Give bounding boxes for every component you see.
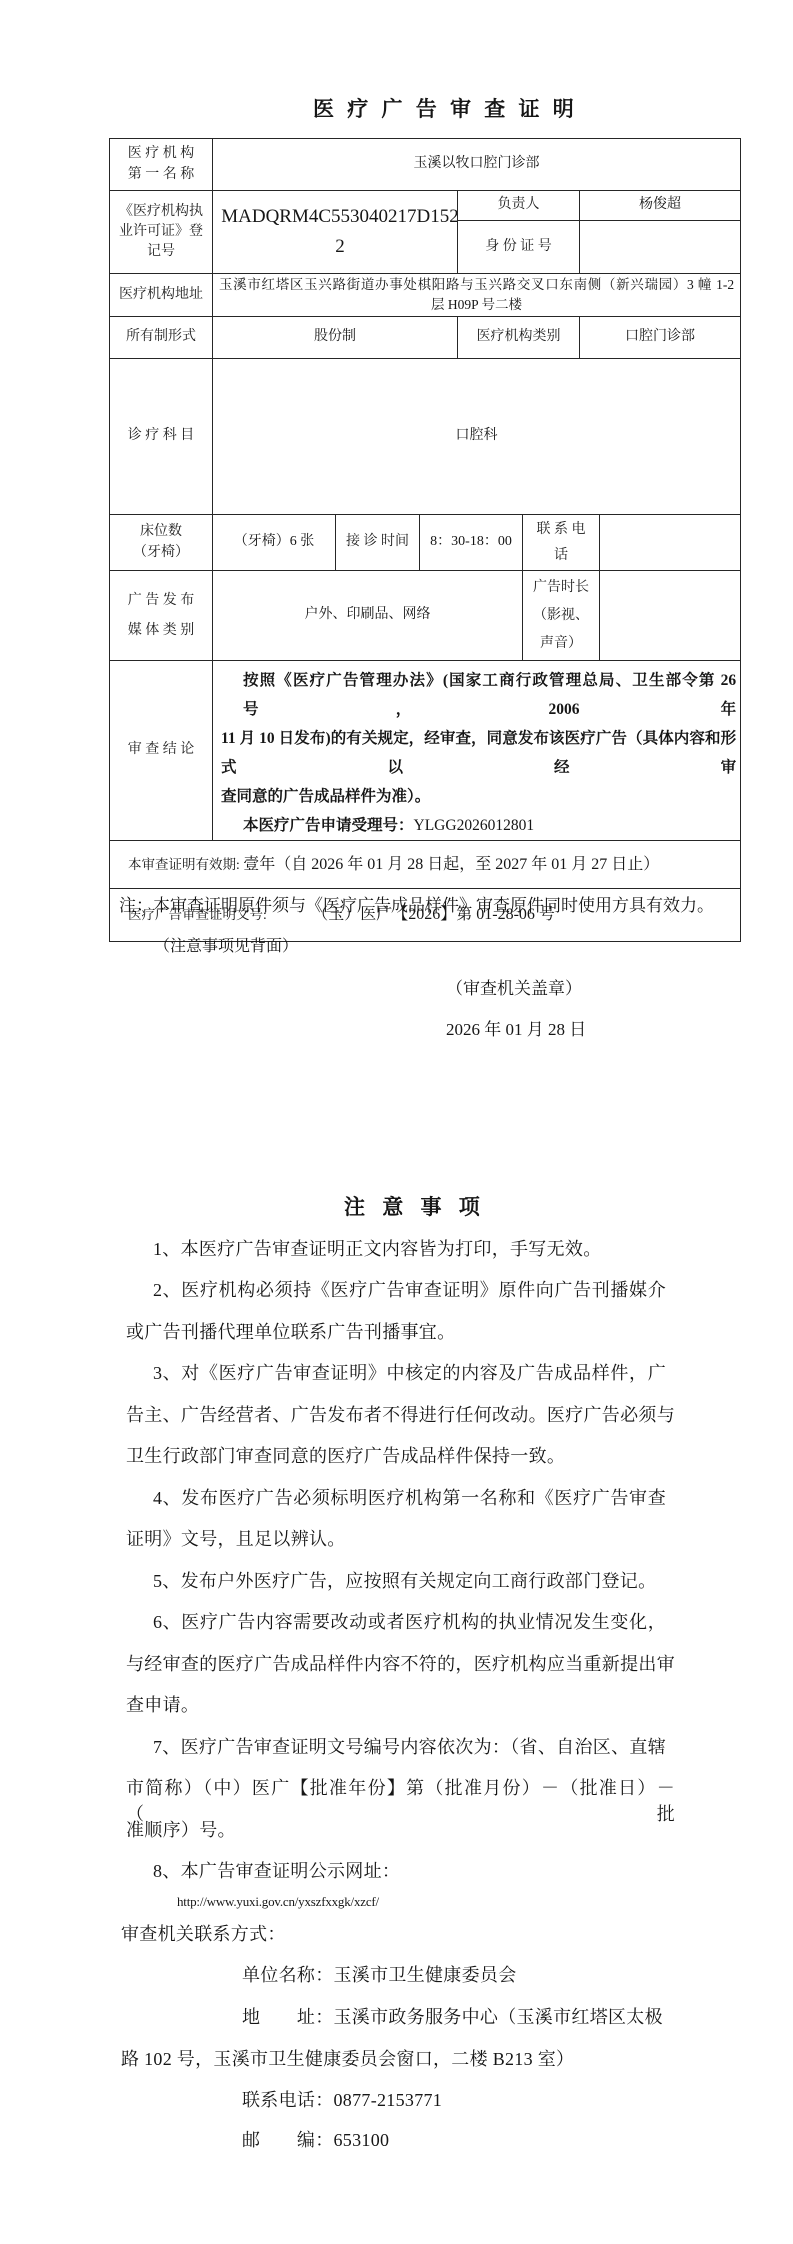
- label-line: （影视、: [525, 602, 597, 630]
- notice-item-3-cont: 告主、广告经营者、广告发布者不得进行任何改动。医疗广告必须与: [126, 1401, 675, 1427]
- label-line: 联 系 电: [525, 517, 597, 543]
- row-address: 医疗机构地址 玉溪市红塔区玉兴路街道办事处棋阳路与玉兴路交叉口东南侧（新兴瑞园）…: [110, 274, 741, 317]
- contact-phone-label: 联系电话：: [242, 2090, 334, 2110]
- hours-value: 8：30-18：00: [420, 515, 523, 571]
- notice-item-7-cont: 准顺序）号。: [126, 1816, 236, 1842]
- validity-label: 本审查证明有效期:: [128, 857, 240, 872]
- ownership-value: 股份制: [213, 317, 458, 359]
- contact-postcode: 邮 编：653100: [242, 2126, 389, 2152]
- label-line: 业许可证》登: [116, 222, 206, 242]
- institution-name-value: 玉溪以牧口腔门诊部: [213, 139, 741, 191]
- acceptance-number: YLGG2026012801: [414, 817, 535, 834]
- notice-item-7: 7、医疗广告审查证明文号编号内容依次为：（省、自治区、直辖: [153, 1733, 666, 1759]
- license-value-cell: MADQRM4C553040217D1522: [213, 191, 458, 274]
- label-line: 医 疗 机 构: [116, 144, 206, 164]
- address-line: 玉溪市红塔区玉兴路街道办事处棋阳路与玉兴路交叉口东南侧（新兴瑞园）3 幢 1-2: [219, 275, 734, 295]
- departments-label: 诊 疗 科 目: [110, 359, 213, 515]
- contact-address: 地 址：玉溪市政务服务中心（玉溪市红塔区太极: [242, 2003, 663, 2029]
- acceptance-line: 本医疗广告申请受理号：YLGG2026012801: [221, 811, 736, 840]
- departments-value: 口腔科: [213, 359, 741, 515]
- row-institution-name: 医 疗 机 构 第 一 名 称 玉溪以牧口腔门诊部: [110, 139, 741, 191]
- contact-heading: 审查机关联系方式：: [121, 1920, 286, 1946]
- label-line: 广 告 发 布: [116, 586, 206, 616]
- institution-name-label: 医 疗 机 构 第 一 名 称: [110, 139, 213, 191]
- duration-value: [600, 571, 741, 661]
- conclusion-line: 按照《医疗广告管理办法》(国家工商行政管理总局、卫生部令第 26 号，2006 …: [221, 666, 736, 724]
- validity-cell: 本审查证明有效期: 壹年（自 2026 年 01 月 28 日起，至 2027 …: [110, 841, 741, 889]
- id-number-label: 身 份 证 号: [458, 221, 580, 274]
- notice-item-4-cont: 证明》文号，且足以辨认。: [126, 1525, 346, 1551]
- contact-phone-value: 0877-2153771: [334, 2090, 443, 2110]
- validity-value: 壹年（自 2026 年 01 月 28 日起，至 2027 年 01 月 27 …: [243, 856, 659, 873]
- acceptance-label: 本医疗广告申请受理号：: [243, 817, 414, 834]
- notice-item-1: 1、本医疗广告审查证明正文内容皆为打印，手写无效。: [153, 1235, 602, 1261]
- contact-unit-label: 单位名称：: [242, 1965, 334, 1985]
- document-title: 医 疗 广 告 审 查 证 明: [313, 93, 578, 123]
- row-ownership: 所有制形式 股份制 医疗机构类别 口腔门诊部: [110, 317, 741, 359]
- label-line: 记号: [116, 242, 206, 262]
- media-value: 户外、印刷品、网络: [213, 571, 523, 661]
- media-label: 广 告 发 布 媒 体 类 别: [110, 571, 213, 661]
- duration-label: 广告时长 （影视、 声音）: [523, 571, 600, 661]
- conclusion-text: 按照《医疗广告管理办法》(国家工商行政管理总局、卫生部令第 26 号，2006 …: [213, 661, 741, 841]
- notice-item-6-cont: 与经审查的医疗广告成品样件内容不符的，医疗机构应当重新提出审: [126, 1650, 675, 1676]
- contact-unit-value: 玉溪市卫生健康委员会: [334, 1965, 517, 1985]
- contact-unit: 单位名称：玉溪市卫生健康委员会: [242, 1961, 517, 1987]
- seal-placeholder: （审查机关盖章）: [446, 974, 582, 999]
- label-line: 第 一 名 称: [116, 165, 206, 185]
- conclusion-line: 11 月 10 日发布)的有关规定，经审查，同意发布该医疗广告（具体内容和形式以…: [221, 724, 736, 782]
- issue-date: 2026 年 01 月 28 日: [446, 1015, 586, 1040]
- label-line: 声音）: [525, 630, 597, 658]
- notice-item-8: 8、本广告审查证明公示网址：: [153, 1857, 400, 1883]
- contact-address-label: 地 址：: [242, 2007, 334, 2027]
- ownership-label: 所有制形式: [110, 317, 213, 359]
- notice-item-3: 3、对《医疗广告审查证明》中核定的内容及广告成品样件，广: [153, 1359, 666, 1385]
- license-number: MADQRM4C553040217D1522: [219, 202, 458, 262]
- category-value: 口腔门诊部: [580, 317, 741, 359]
- notice-item-6: 6、医疗广告内容需要改动或者医疗机构的执业情况发生变化，: [153, 1608, 666, 1634]
- row-validity: 本审查证明有效期: 壹年（自 2026 年 01 月 28 日起，至 2027 …: [110, 841, 741, 889]
- phone-label: 联 系 电 话: [523, 515, 600, 571]
- license-label: 《医疗机构执 业许可证》登 记号: [110, 191, 213, 274]
- row-license: 《医疗机构执 业许可证》登 记号 MADQRM4C553040217D1522 …: [110, 191, 741, 221]
- conclusion-label: 审 查 结 论: [110, 661, 213, 841]
- see-back-note: （注意事项见背面）: [154, 933, 298, 956]
- label-line: 广告时长: [525, 574, 597, 602]
- label-line: 话: [525, 543, 597, 569]
- contact-phone: 联系电话：0877-2153771: [242, 2086, 442, 2112]
- notice-item-4: 4、发布医疗广告必须标明医疗机构第一名称和《医疗广告审查: [153, 1484, 666, 1510]
- notice-item-3-cont: 卫生行政部门审查同意的医疗广告成品样件保持一致。: [126, 1442, 565, 1468]
- contact-address-cont: 路 102 号，玉溪市卫生健康委员会窗口，二楼 B213 室）: [121, 2045, 574, 2071]
- row-media: 广 告 发 布 媒 体 类 别 户外、印刷品、网络 广告时长 （影视、 声音）: [110, 571, 741, 661]
- address-value: 玉溪市红塔区玉兴路街道办事处棋阳路与玉兴路交叉口东南侧（新兴瑞园）3 幢 1-2…: [213, 274, 741, 317]
- public-url: http://www.yuxi.gov.cn/yxszfxxgk/xzcf/: [177, 1894, 379, 1910]
- notices-title: 注 意 事 项: [344, 1191, 486, 1221]
- beds-label: 床位数 （牙椅）: [110, 515, 213, 571]
- label-line: （牙椅）: [116, 543, 206, 563]
- contact-address-value: 玉溪市政务服务中心（玉溪市红塔区太极: [334, 2007, 663, 2027]
- label-line: 媒 体 类 别: [116, 616, 206, 646]
- label-line: 《医疗机构执: [116, 202, 206, 222]
- id-number-value: [580, 221, 741, 274]
- label-line: 床位数: [116, 522, 206, 542]
- contact-postcode-value: 653100: [334, 2130, 390, 2150]
- certificate-table: 医 疗 机 构 第 一 名 称 玉溪以牧口腔门诊部 《医疗机构执 业许可证》登 …: [109, 138, 741, 942]
- conclusion-line: 查同意的广告成品样件为准）。: [221, 782, 736, 811]
- notice-item-6-cont: 查申请。: [126, 1691, 199, 1717]
- person-in-charge-label: 负责人: [458, 191, 580, 221]
- notice-item-2: 2、医疗机构必须持《医疗广告审查证明》原件向广告刊播媒介: [153, 1276, 666, 1302]
- hours-label: 接 诊 时间: [336, 515, 420, 571]
- notice-item-2-cont: 或广告刊播代理单位联系广告刊播事宜。: [126, 1318, 455, 1344]
- row-beds: 床位数 （牙椅） （牙椅）6 张 接 诊 时间 8：30-18：00 联 系 电…: [110, 515, 741, 571]
- validity-note: 注：本审查证明原件须与《医疗广告成品样件》审查原件同时使用方具有效力。: [119, 891, 714, 916]
- category-label: 医疗机构类别: [458, 317, 580, 359]
- person-in-charge-value: 杨俊超: [580, 191, 741, 221]
- notice-item-5: 5、发布户外医疗广告，应按照有关规定向工商行政部门登记。: [153, 1567, 656, 1593]
- row-conclusion: 审 查 结 论 按照《医疗广告管理办法》(国家工商行政管理总局、卫生部令第 26…: [110, 661, 741, 841]
- phone-value: [600, 515, 741, 571]
- contact-postcode-label: 邮 编：: [242, 2130, 334, 2150]
- address-line: 层 H09P 号二楼: [219, 295, 734, 315]
- address-label: 医疗机构地址: [110, 274, 213, 317]
- row-departments: 诊 疗 科 目 口腔科: [110, 359, 741, 515]
- beds-value: （牙椅）6 张: [213, 515, 336, 571]
